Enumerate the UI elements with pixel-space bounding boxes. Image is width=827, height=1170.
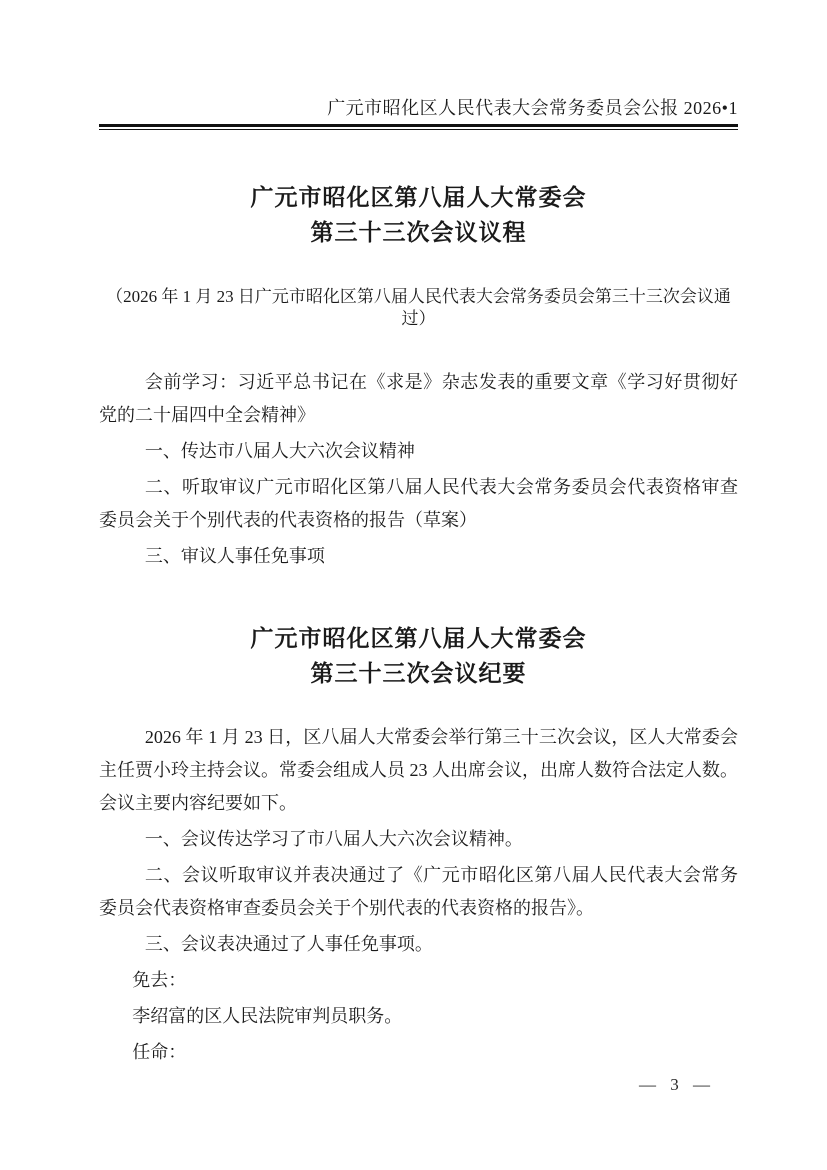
agenda-body: 会前学习：习近平总书记在《求是》杂志发表的重要文章《学习好贯彻好党的二十届四中全…	[99, 366, 738, 573]
agenda-title: 广元市昭化区第八届人大常委会 第三十三次会议议程	[99, 180, 738, 250]
minutes-title: 广元市昭化区第八届人大常委会 第三十三次会议纪要	[99, 621, 738, 691]
agenda-paragraph: 会前学习：习近平总书记在《求是》杂志发表的重要文章《学习好贯彻好党的二十届四中全…	[99, 366, 738, 432]
minutes-paragraph: 三、会议表决通过了人事任免事项。	[99, 928, 738, 961]
bulletin-header-title: 广元市昭化区人民代表大会常务委员会公报 2026•1	[99, 97, 738, 119]
minutes-paragraph: 2026 年 1 月 23 日，区八届人大常委会举行第三十三次会议，区人大常委会…	[99, 721, 738, 820]
minutes-title-line1: 广元市昭化区第八届人大常委会	[99, 621, 738, 656]
minutes-body: 2026 年 1 月 23 日，区八届人大常委会举行第三十三次会议，区人大常委会…	[99, 721, 738, 1069]
agenda-title-line1: 广元市昭化区第八届人大常委会	[99, 180, 738, 215]
agenda-paragraph: 三、审议人事任免事项	[99, 540, 738, 573]
agenda-paragraph: 二、听取审议广元市昭化区第八届人民代表大会常务委员会代表资格审查委员会关于个别代…	[99, 471, 738, 537]
minutes-title-line2: 第三十三次会议纪要	[99, 656, 738, 691]
minutes-paragraph-remove-heading: 免去：	[99, 964, 738, 997]
page-content: 广元市昭化区人民代表大会常务委员会公报 2026•1 广元市昭化区第八届人大常委…	[99, 0, 738, 1095]
agenda-title-line2: 第三十三次会议议程	[99, 215, 738, 250]
document-page: 广元市昭化区人民代表大会常务委员会公报 2026•1 广元市昭化区第八届人大常委…	[0, 0, 827, 1170]
minutes-paragraph-appoint-heading: 任命：	[99, 1036, 738, 1069]
agenda-paragraph: 一、传达市八届人大六次会议精神	[99, 435, 738, 468]
header-divider-rule	[99, 124, 738, 130]
minutes-paragraph: 一、会议传达学习了市八届人大六次会议精神。	[99, 823, 738, 856]
minutes-paragraph-remove-detail: 李绍富的区人民法院审判员职务。	[99, 1000, 738, 1033]
minutes-paragraph: 二、会议听取审议并表决通过了《广元市昭化区第八届人民代表大会常务委员会代表资格审…	[99, 859, 738, 925]
agenda-adoption-note: （2026 年 1 月 23 日广元市昭化区第八届人民代表大会常务委员会第三十三…	[99, 286, 738, 330]
page-number: — 3 —	[99, 1075, 738, 1095]
